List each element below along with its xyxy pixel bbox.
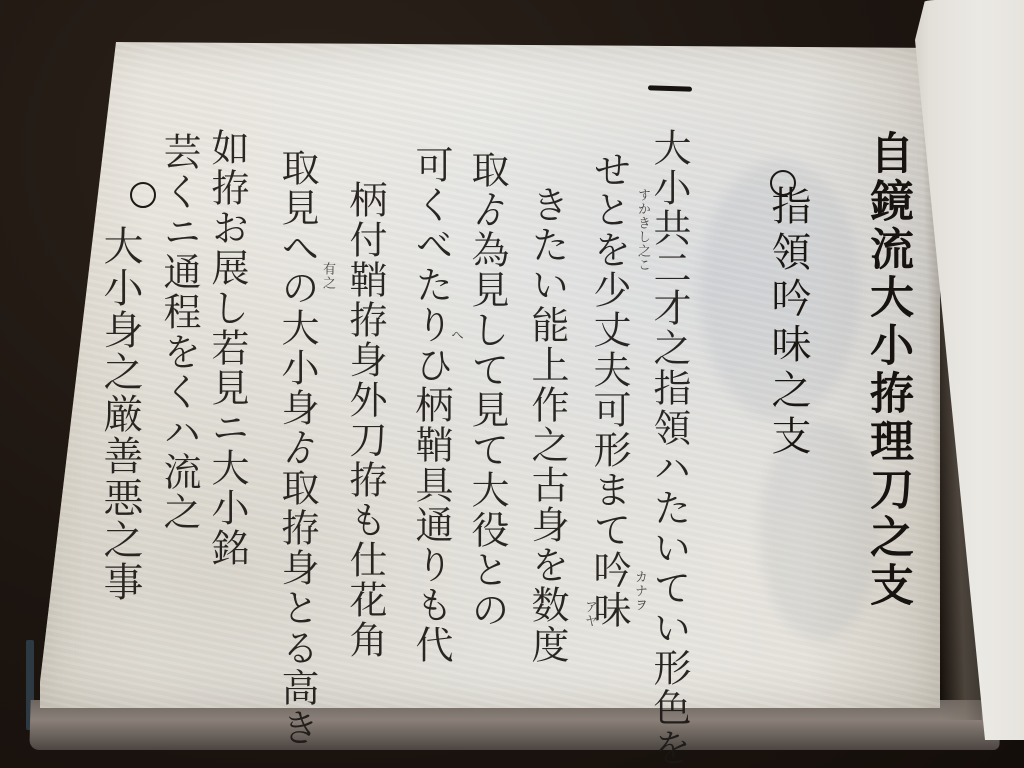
photo-scene: 自鏡流大小拵理刀之支 指領吟味之支 大小共二才之指領ハたいてい形色を すかきし之…	[0, 0, 1024, 768]
gloss-column-7: 有之	[318, 262, 337, 290]
gloss-column-1: すかきし之こ	[633, 188, 652, 272]
gloss-column-3: アヤ	[580, 600, 599, 628]
gloss-column-2: カナヲ	[630, 570, 649, 612]
final-heading: 大小身之厳善悪之事	[100, 225, 140, 603]
text-column-8: 如拵お展し若見ニ大小銘	[208, 128, 246, 568]
circle-mark-icon	[130, 182, 156, 208]
text-column-5: 可くべたりひ柄鞘具通りも代	[412, 145, 450, 665]
manuscript-title: 自鏡流大小拵理刀之支	[855, 130, 919, 610]
text-column-4: 取ゟ為見して見て大役との	[468, 150, 506, 630]
text-column-9: 芸くニ通程をくハ流之	[160, 132, 198, 532]
text-column-7: 取見への大小身ゟ取拵身とる高き	[278, 148, 316, 748]
text-column-1: 大小共二才之指領ハたいてい形色を	[650, 128, 688, 768]
text-column-2: せとを少丈夫可形まて吟味	[590, 150, 628, 630]
gloss-column-5: へ	[446, 328, 465, 342]
text-column-3: きたい能上作之古身を数度	[528, 185, 566, 665]
section-heading: 指領吟味之支	[760, 185, 817, 461]
text-column-6: 柄付鞘拵身外刀拵も仕花角	[346, 180, 384, 660]
